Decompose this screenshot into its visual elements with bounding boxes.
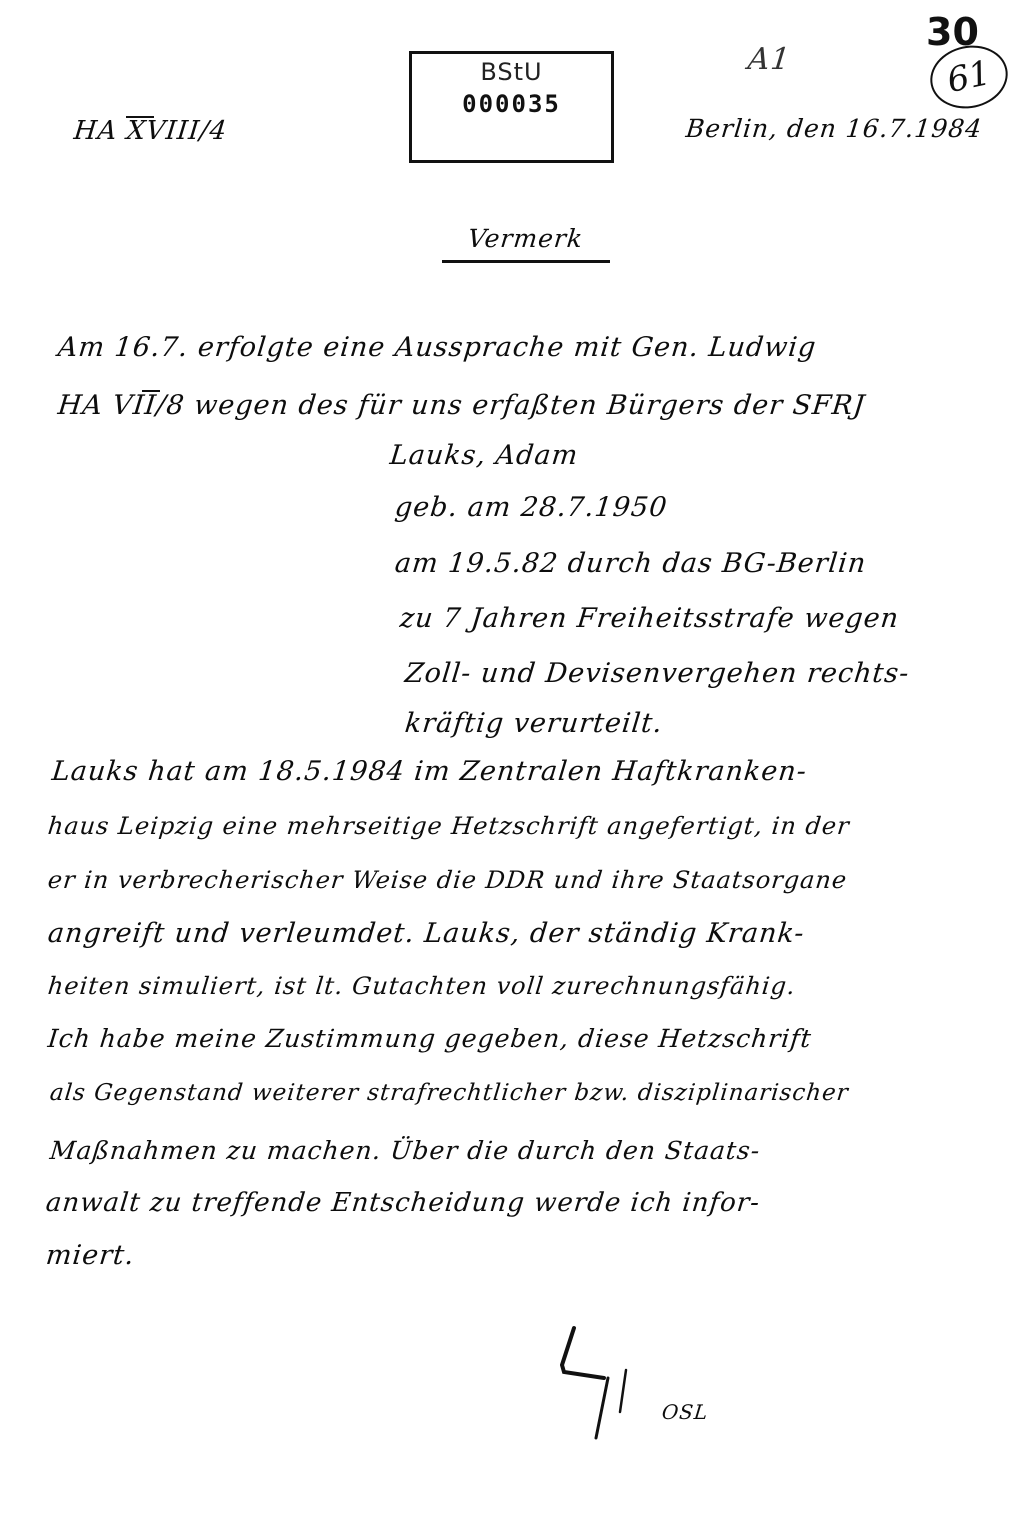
body-line: Maßnahmen zu machen. Über die durch den …: [48, 1136, 761, 1165]
stamp-number: 000035: [412, 90, 611, 118]
place-date: Berlin, den 16.7.1984: [684, 114, 983, 143]
body-line: Am 16.7. erfolgte eine Aussprache mit Ge…: [56, 332, 818, 363]
body-line: zu 7 Jahren Freiheitsstrafe wegen: [398, 603, 900, 634]
archive-stamp: BStU 000035: [409, 51, 614, 163]
body-line: Zoll- und Devisenvergehen rechts-: [403, 658, 911, 689]
body-line: er in verbrecherischer Weise die DDR und…: [47, 866, 849, 894]
body-line: angreift und verleumdet. Lauks, der stän…: [46, 918, 806, 949]
body-line: miert.: [44, 1240, 136, 1271]
body-line: kräftig verurteilt.: [403, 708, 664, 739]
title-underline: [442, 260, 610, 263]
body-line: Lauks, Adam: [388, 440, 580, 471]
unit-overline: [142, 390, 160, 392]
stamp-archive-name: BStU: [412, 58, 611, 86]
body-line: HA VII/8 wegen des für uns erfaßten Bürg…: [56, 390, 866, 421]
body-line: geb. am 28.7.1950: [393, 492, 669, 523]
department-overline: [126, 116, 154, 118]
department-code: HA XVIII/4: [72, 116, 228, 146]
body-line: Ich habe meine Zustimmung gegeben, diese…: [46, 1024, 813, 1053]
body-line: heiten simuliert, ist lt. Gutachten voll…: [47, 972, 798, 1000]
body-line: anwalt zu treffende Entscheidung werde i…: [44, 1188, 761, 1218]
body-line: als Gegenstand weiterer strafrechtlicher…: [49, 1080, 850, 1106]
body-line: am 19.5.82 durch das BG-Berlin: [393, 548, 868, 579]
body-line: haus Leipzig eine mehrseitige Hetzschrif…: [47, 812, 852, 840]
initials-mark: A1: [746, 42, 792, 77]
body-line: Lauks hat am 18.5.1984 im Zentralen Haft…: [50, 756, 808, 787]
document-title: Vermerk: [466, 224, 584, 253]
signature-rank: OSL: [661, 1400, 710, 1424]
